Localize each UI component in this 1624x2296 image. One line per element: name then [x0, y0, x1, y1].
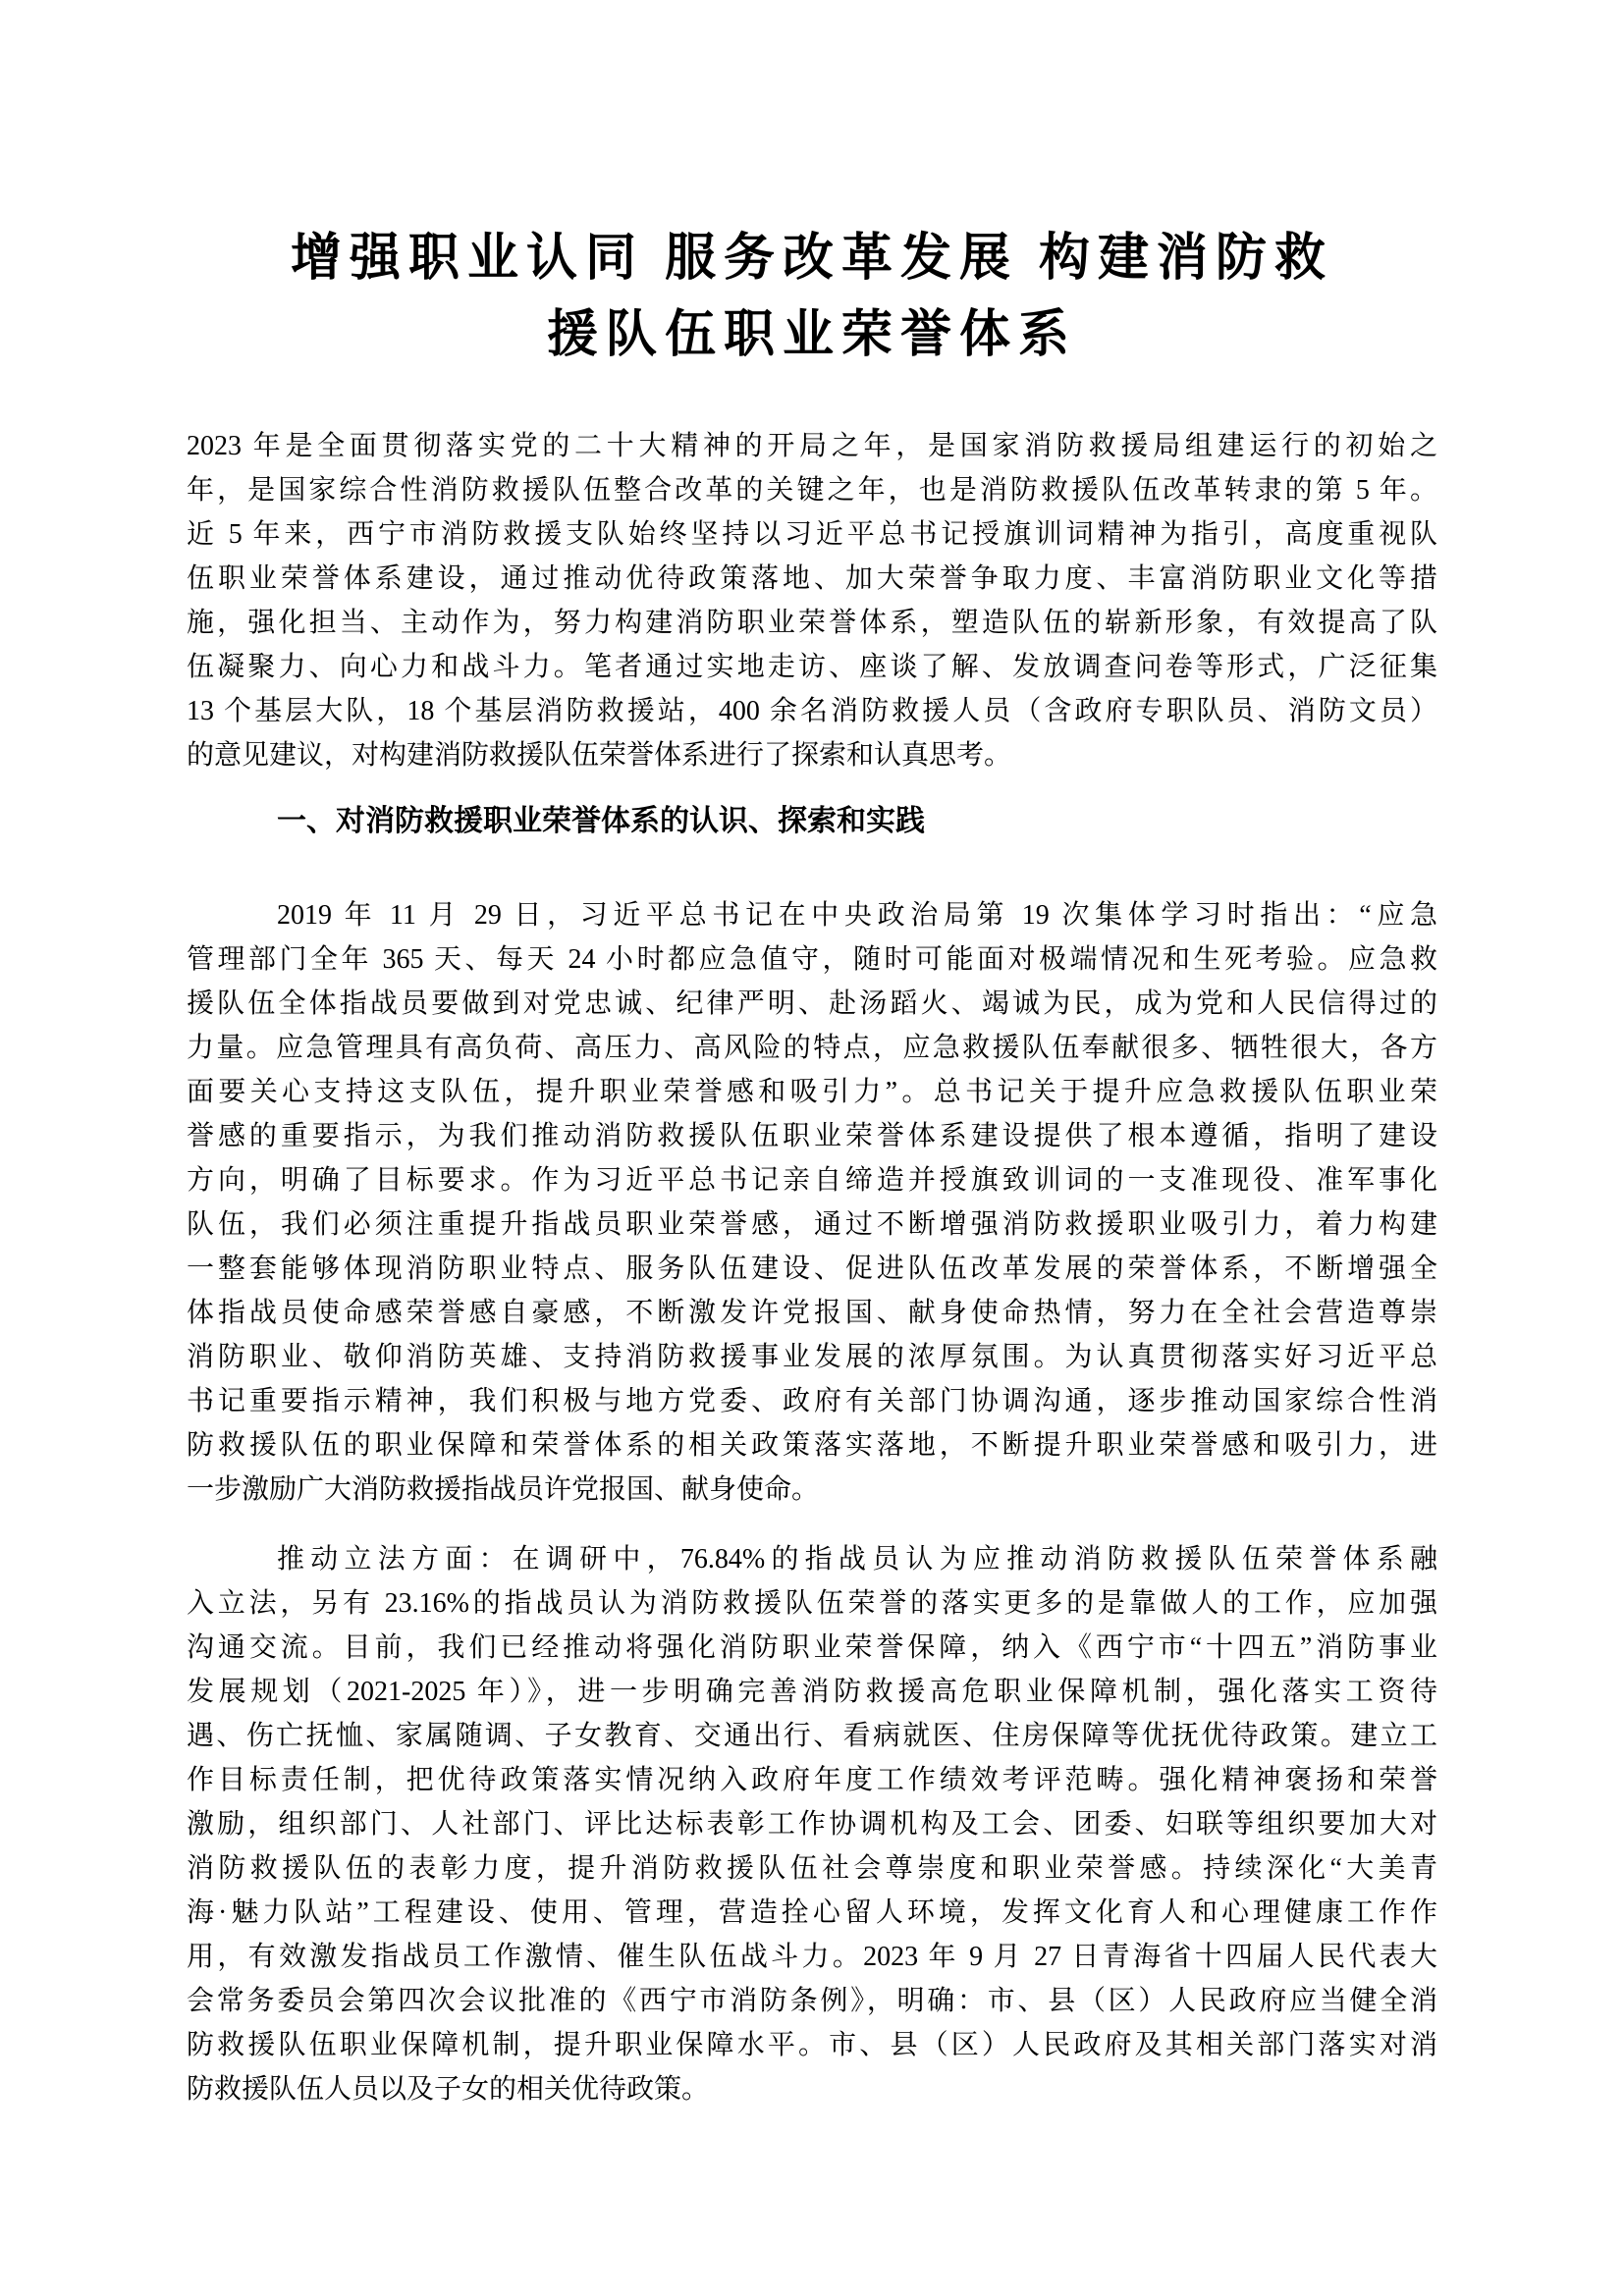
text-line: 体指战员使命感荣誉感自豪感，不断激发许党报国、献身使命热情，努力在全社会营造尊崇 — [187, 1291, 1437, 1335]
text-line: 用，有效激发指战员工作激情、催生队伍战斗力。2023 年 9 月 27 日青海省… — [187, 1935, 1437, 1979]
text-line: 力量。应急管理具有高负荷、高压力、高风险的特点，应急救援队伍奉献很多、牺牲很大，… — [187, 1026, 1437, 1070]
text-line: 防救援队伍职业保障机制，提升职业保障水平。市、县（区）人民政府及其相关部门落实对… — [187, 2023, 1437, 2067]
text-line: 施，强化担当、主动作为，努力构建消防职业荣誉体系，塑造队伍的崭新形象，有效提高了… — [187, 601, 1437, 645]
text-line: 海·魅力队站”工程建设、使用、管理，营造拴心留人环境，发挥文化育人和心理健康工作… — [187, 1891, 1437, 1935]
text-line: 管理部门全年 365 天、每天 24 小时都应急值守，随时可能面对极端情况和生死… — [187, 937, 1437, 982]
document-title-line: 援队伍职业荣誉体系 — [187, 297, 1437, 374]
text-line: 作目标责任制，把优待政策落实情况纳入政府年度工作绩效考评范畴。强化精神褒扬和荣誉 — [187, 1758, 1437, 1802]
text-line: 队伍，我们必须注重提升指战员职业荣誉感，通过不断增强消防救援职业吸引力，着力构建 — [187, 1202, 1437, 1247]
text-line: 推动立法方面：在调研中，76.84%的指战员认为应推动消防救援队伍荣誉体系融 — [187, 1537, 1437, 1581]
text-line: 2023 年是全面贯彻落实党的二十大精神的开局之年，是国家消防救援局组建运行的初… — [187, 424, 1437, 468]
document-title: 增强职业认同 服务改革发展 构建消防救 援队伍职业荣誉体系 — [187, 221, 1437, 374]
text-line: 方向，明确了目标要求。作为习近平总书记亲自缔造并授旗致训词的一支准现役、准军事化 — [187, 1158, 1437, 1202]
document-content: 增强职业认同 服务改革发展 构建消防救 援队伍职业荣誉体系 2023 年是全面贯… — [187, 221, 1437, 2111]
text-line: 2019 年 11 月 29 日，习近平总书记在中央政治局第 19 次集体学习时… — [187, 893, 1437, 937]
text-line: 会常务委员会第四次会议批准的《西宁市消防条例》，明确：市、县（区）人民政府应当健… — [187, 1979, 1437, 2023]
text-line: 入立法，另有 23.16%的指战员认为消防救援队伍荣誉的落实更多的是靠做人的工作… — [187, 1581, 1437, 1626]
text-line: 援队伍全体指战员要做到对党忠诚、纪律严明、赴汤蹈火、竭诚为民，成为党和人民信得过… — [187, 982, 1437, 1026]
text-line: 遇、伤亡抚恤、家属随调、子女教育、交通出行、看病就医、住房保障等优抚优待政策。建… — [187, 1714, 1437, 1758]
text-line: 近 5 年来，西宁市消防救援支队始终坚持以习近平总书记授旗训词精神为指引，高度重… — [187, 512, 1437, 557]
paragraph: 2023 年是全面贯彻落实党的二十大精神的开局之年，是国家消防救援局组建运行的初… — [187, 424, 1437, 777]
text-line: 消防职业、敬仰消防英雄、支持消防救援事业发展的浓厚氛围。为认真贯彻落实好习近平总 — [187, 1335, 1437, 1379]
text-line: 一、对消防救援职业荣誉体系的认识、探索和实践 — [187, 799, 1437, 843]
text-line: 誉感的重要指示，为我们推动消防救援队伍职业荣誉体系建设提供了根本遵循，指明了建设 — [187, 1114, 1437, 1158]
text-line: 防救援队伍的职业保障和荣誉体系的相关政策落实落地，不断提升职业荣誉感和吸引力，进 — [187, 1423, 1437, 1468]
text-line: 沟通交流。目前，我们已经推动将强化消防职业荣誉保障，纳入《西宁市“十四五”消防事… — [187, 1626, 1437, 1670]
text-line: 伍凝聚力、向心力和战斗力。笔者通过实地走访、座谈了解、发放调查问卷等形式，广泛征… — [187, 645, 1437, 689]
text-line: 面要关心支持这支队伍，提升职业荣誉感和吸引力”。总书记关于提升应急救援队伍职业荣 — [187, 1070, 1437, 1114]
document-title-line: 增强职业认同 服务改革发展 构建消防救 — [187, 221, 1437, 297]
text-line: 消防救援队伍的表彰力度，提升消防救援队伍社会尊崇度和职业荣誉感。持续深化“大美青 — [187, 1846, 1437, 1891]
text-line: 的意见建议，对构建消防救援队伍荣誉体系进行了探索和认真思考。 — [187, 733, 1437, 777]
text-line: 防救援队伍人员以及子女的相关优待政策。 — [187, 2067, 1437, 2111]
text-line: 13 个基层大队，18 个基层消防救援站，400 余名消防救援人员（含政府专职队… — [187, 689, 1437, 733]
paragraph: 推动立法方面：在调研中，76.84%的指战员认为应推动消防救援队伍荣誉体系融入立… — [187, 1537, 1437, 2111]
text-line: 一步激励广大消防救援指战员许党报国、献身使命。 — [187, 1468, 1437, 1512]
document-body: 2023 年是全面贯彻落实党的二十大精神的开局之年，是国家消防救援局组建运行的初… — [187, 424, 1437, 2111]
text-line: 书记重要指示精神，我们积极与地方党委、政府有关部门协调沟通，逐步推动国家综合性消 — [187, 1379, 1437, 1423]
section-heading: 一、对消防救援职业荣誉体系的认识、探索和实践 — [187, 799, 1437, 843]
paragraph: 2019 年 11 月 29 日，习近平总书记在中央政治局第 19 次集体学习时… — [187, 893, 1437, 1512]
text-line: 年，是国家综合性消防救援队伍整合改革的关键之年，也是消防救援队伍改革转隶的第 5… — [187, 468, 1437, 512]
text-line: 伍职业荣誉体系建设，通过推动优待政策落地、加大荣誉争取力度、丰富消防职业文化等措 — [187, 557, 1437, 601]
text-line: 发展规划（2021-2025 年）》，进一步明确完善消防救援高危职业保障机制，强… — [187, 1670, 1437, 1714]
text-line: 激励，组织部门、人社部门、评比达标表彰工作协调机构及工会、团委、妇联等组织要加大… — [187, 1802, 1437, 1846]
text-line: 一整套能够体现消防职业特点、服务队伍建设、促进队伍改革发展的荣誉体系，不断增强全 — [187, 1247, 1437, 1291]
document-page: 增强职业认同 服务改革发展 构建消防救 援队伍职业荣誉体系 2023 年是全面贯… — [0, 0, 1624, 2296]
